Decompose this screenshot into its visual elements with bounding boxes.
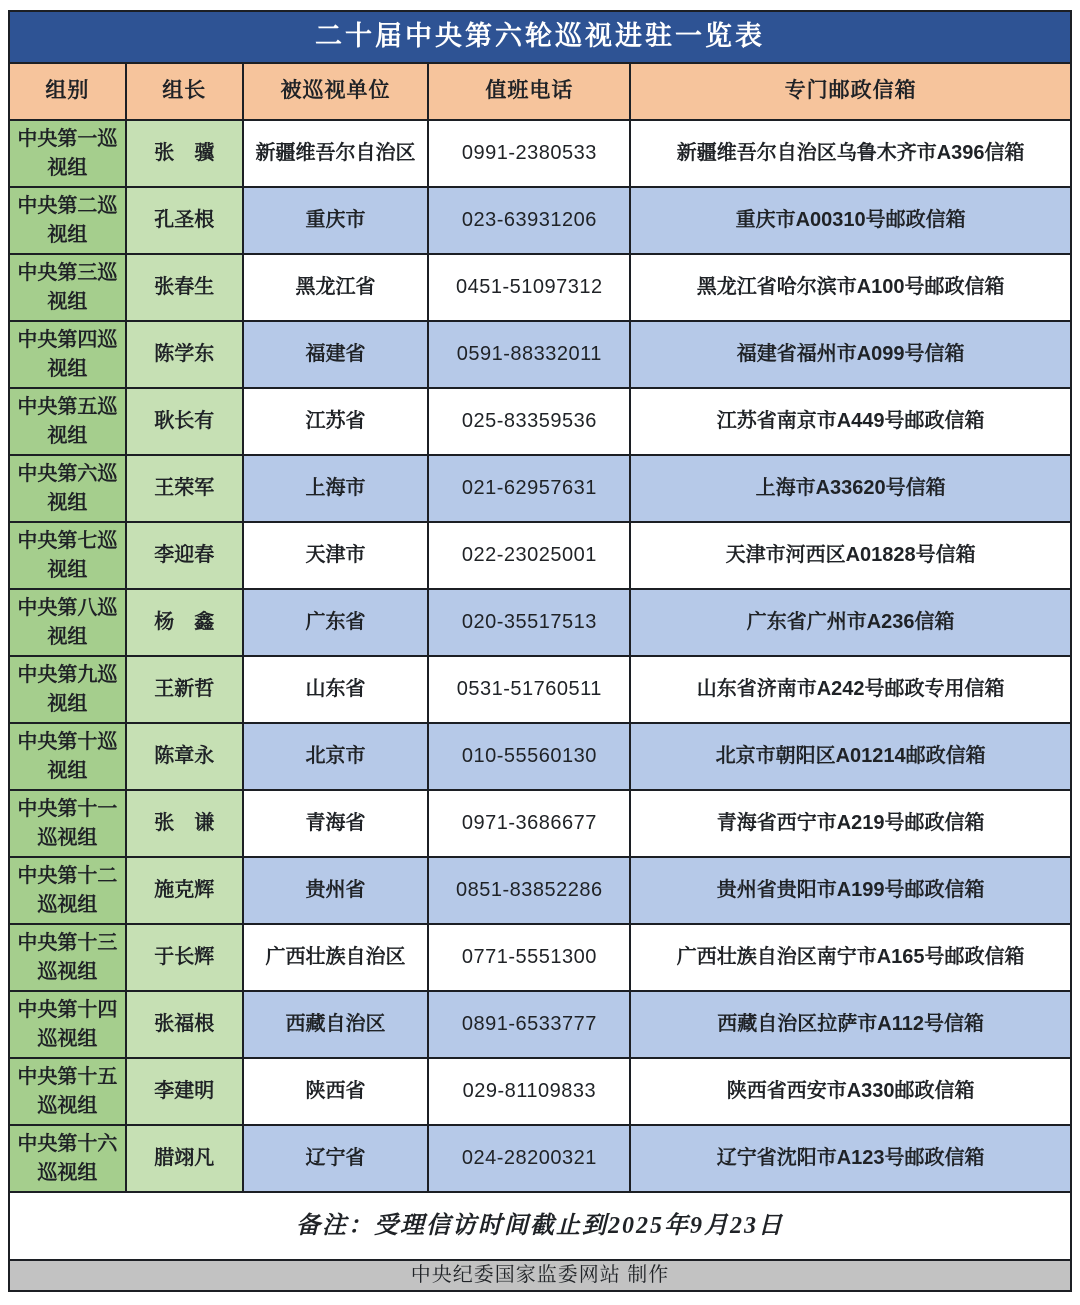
unit-cell: 北京市 [243, 723, 429, 790]
leader-cell: 张福根 [126, 991, 243, 1058]
leader-cell: 王新哲 [126, 656, 243, 723]
table-row: 中央第十六巡视组 腊翊凡 辽宁省 024-28200321 辽宁省沈阳市A123… [9, 1125, 1071, 1192]
credit-row: 中央纪委国家监委网站 制作 [9, 1260, 1071, 1291]
unit-cell: 广西壮族自治区 [243, 924, 429, 991]
mailbox-cell: 陕西省西安市A330邮政信箱 [630, 1058, 1071, 1125]
note-row: 备注：受理信访时间截止到2025年9月23日 [9, 1192, 1071, 1260]
unit-cell: 山东省 [243, 656, 429, 723]
mailbox-cell: 江苏省南京市A449号邮政信箱 [630, 388, 1071, 455]
group-cell: 中央第十四巡视组 [9, 991, 126, 1058]
unit-cell: 黑龙江省 [243, 254, 429, 321]
mailbox-cell: 重庆市A00310号邮政信箱 [630, 187, 1071, 254]
table-row: 中央第二巡视组 孔圣根 重庆市 023-63931206 重庆市A00310号邮… [9, 187, 1071, 254]
mailbox-cell: 辽宁省沈阳市A123号邮政信箱 [630, 1125, 1071, 1192]
phone-cell: 0971-3686677 [428, 790, 630, 857]
phone-cell: 029-81109833 [428, 1058, 630, 1125]
table-row: 中央第一巡视组 张 骥 新疆维吾尔自治区 0991-2380533 新疆维吾尔自… [9, 120, 1071, 187]
table-row: 中央第六巡视组 王荣军 上海市 021-62957631 上海市A33620号信… [9, 455, 1071, 522]
mailbox-cell: 青海省西宁市A219号邮政信箱 [630, 790, 1071, 857]
mailbox-cell: 上海市A33620号信箱 [630, 455, 1071, 522]
mailbox-cell: 山东省济南市A242号邮政专用信箱 [630, 656, 1071, 723]
column-header-mailbox: 专门邮政信箱 [630, 63, 1071, 120]
phone-cell: 0891-6533777 [428, 991, 630, 1058]
title-bar: 二十届中央第六轮巡视进驻一览表 [9, 11, 1071, 63]
group-cell: 中央第五巡视组 [9, 388, 126, 455]
group-cell: 中央第二巡视组 [9, 187, 126, 254]
table-body: 中央第一巡视组 张 骥 新疆维吾尔自治区 0991-2380533 新疆维吾尔自… [9, 120, 1071, 1192]
leader-cell: 杨 鑫 [126, 589, 243, 656]
mailbox-cell: 天津市河西区A01828号信箱 [630, 522, 1071, 589]
group-cell: 中央第三巡视组 [9, 254, 126, 321]
phone-cell: 021-62957631 [428, 455, 630, 522]
leader-cell: 张 谦 [126, 790, 243, 857]
group-cell: 中央第六巡视组 [9, 455, 126, 522]
group-cell: 中央第七巡视组 [9, 522, 126, 589]
mailbox-cell: 新疆维吾尔自治区乌鲁木齐市A396信箱 [630, 120, 1071, 187]
table-row: 中央第十四巡视组 张福根 西藏自治区 0891-6533777 西藏自治区拉萨市… [9, 991, 1071, 1058]
unit-cell: 上海市 [243, 455, 429, 522]
group-cell: 中央第八巡视组 [9, 589, 126, 656]
leader-cell: 孔圣根 [126, 187, 243, 254]
phone-cell: 0991-2380533 [428, 120, 630, 187]
page-title: 二十届中央第六轮巡视进驻一览表 [9, 11, 1071, 63]
group-cell: 中央第十一巡视组 [9, 790, 126, 857]
table-row: 中央第四巡视组 陈学东 福建省 0591-88332011 福建省福州市A099… [9, 321, 1071, 388]
unit-cell: 青海省 [243, 790, 429, 857]
table-row: 中央第七巡视组 李迎春 天津市 022-23025001 天津市河西区A0182… [9, 522, 1071, 589]
table-row: 中央第八巡视组 杨 鑫 广东省 020-35517513 广东省广州市A236信… [9, 589, 1071, 656]
leader-cell: 王荣军 [126, 455, 243, 522]
phone-cell: 024-28200321 [428, 1125, 630, 1192]
unit-cell: 广东省 [243, 589, 429, 656]
unit-cell: 重庆市 [243, 187, 429, 254]
mailbox-cell: 福建省福州市A099号信箱 [630, 321, 1071, 388]
leader-cell: 李建明 [126, 1058, 243, 1125]
unit-cell: 福建省 [243, 321, 429, 388]
mailbox-cell: 西藏自治区拉萨市A112号信箱 [630, 991, 1071, 1058]
group-cell: 中央第十三巡视组 [9, 924, 126, 991]
phone-cell: 010-55560130 [428, 723, 630, 790]
leader-cell: 李迎春 [126, 522, 243, 589]
column-header-leader: 组长 [126, 63, 243, 120]
leader-cell: 于长辉 [126, 924, 243, 991]
unit-cell: 西藏自治区 [243, 991, 429, 1058]
table-row: 中央第十巡视组 陈章永 北京市 010-55560130 北京市朝阳区A0121… [9, 723, 1071, 790]
credit-text: 中央纪委国家监委网站 制作 [9, 1260, 1071, 1291]
leader-cell: 陈学东 [126, 321, 243, 388]
table-row: 中央第九巡视组 王新哲 山东省 0531-51760511 山东省济南市A242… [9, 656, 1071, 723]
mailbox-cell: 广西壮族自治区南宁市A165号邮政信箱 [630, 924, 1071, 991]
group-cell: 中央第十二巡视组 [9, 857, 126, 924]
unit-cell: 天津市 [243, 522, 429, 589]
mailbox-cell: 北京市朝阳区A01214邮政信箱 [630, 723, 1071, 790]
group-cell: 中央第十六巡视组 [9, 1125, 126, 1192]
group-cell: 中央第十五巡视组 [9, 1058, 126, 1125]
group-cell: 中央第四巡视组 [9, 321, 126, 388]
unit-cell: 贵州省 [243, 857, 429, 924]
table-row: 中央第十二巡视组 施克辉 贵州省 0851-83852286 贵州省贵阳市A19… [9, 857, 1071, 924]
leader-cell: 张春生 [126, 254, 243, 321]
table-row: 中央第五巡视组 耿长有 江苏省 025-83359536 江苏省南京市A449号… [9, 388, 1071, 455]
column-header-unit: 被巡视单位 [243, 63, 429, 120]
table-header-row: 组别 组长 被巡视单位 值班电话 专门邮政信箱 [9, 63, 1071, 120]
table-row: 中央第十一巡视组 张 谦 青海省 0971-3686677 青海省西宁市A219… [9, 790, 1071, 857]
phone-cell: 0851-83852286 [428, 857, 630, 924]
phone-cell: 0591-88332011 [428, 321, 630, 388]
unit-cell: 江苏省 [243, 388, 429, 455]
table-row: 中央第十三巡视组 于长辉 广西壮族自治区 0771-5551300 广西壮族自治… [9, 924, 1071, 991]
leader-cell: 腊翊凡 [126, 1125, 243, 1192]
page: 二十届中央第六轮巡视进驻一览表 组别 组长 被巡视单位 值班电话 专门邮政信箱 … [0, 0, 1080, 1305]
leader-cell: 耿长有 [126, 388, 243, 455]
group-cell: 中央第十巡视组 [9, 723, 126, 790]
phone-cell: 022-23025001 [428, 522, 630, 589]
group-cell: 中央第九巡视组 [9, 656, 126, 723]
group-cell: 中央第一巡视组 [9, 120, 126, 187]
table-row: 中央第三巡视组 张春生 黑龙江省 0451-51097312 黑龙江省哈尔滨市A… [9, 254, 1071, 321]
unit-cell: 辽宁省 [243, 1125, 429, 1192]
leader-cell: 张 骥 [126, 120, 243, 187]
column-header-group: 组别 [9, 63, 126, 120]
table-row: 中央第十五巡视组 李建明 陕西省 029-81109833 陕西省西安市A330… [9, 1058, 1071, 1125]
phone-cell: 0531-51760511 [428, 656, 630, 723]
column-header-phone: 值班电话 [428, 63, 630, 120]
phone-cell: 023-63931206 [428, 187, 630, 254]
leader-cell: 施克辉 [126, 857, 243, 924]
phone-cell: 020-35517513 [428, 589, 630, 656]
mailbox-cell: 黑龙江省哈尔滨市A100号邮政信箱 [630, 254, 1071, 321]
phone-cell: 025-83359536 [428, 388, 630, 455]
leader-cell: 陈章永 [126, 723, 243, 790]
phone-cell: 0771-5551300 [428, 924, 630, 991]
unit-cell: 新疆维吾尔自治区 [243, 120, 429, 187]
mailbox-cell: 贵州省贵阳市A199号邮政信箱 [630, 857, 1071, 924]
mailbox-cell: 广东省广州市A236信箱 [630, 589, 1071, 656]
unit-cell: 陕西省 [243, 1058, 429, 1125]
inspection-table: 二十届中央第六轮巡视进驻一览表 组别 组长 被巡视单位 值班电话 专门邮政信箱 … [8, 10, 1072, 1292]
note-text: 备注：受理信访时间截止到2025年9月23日 [9, 1192, 1071, 1260]
phone-cell: 0451-51097312 [428, 254, 630, 321]
